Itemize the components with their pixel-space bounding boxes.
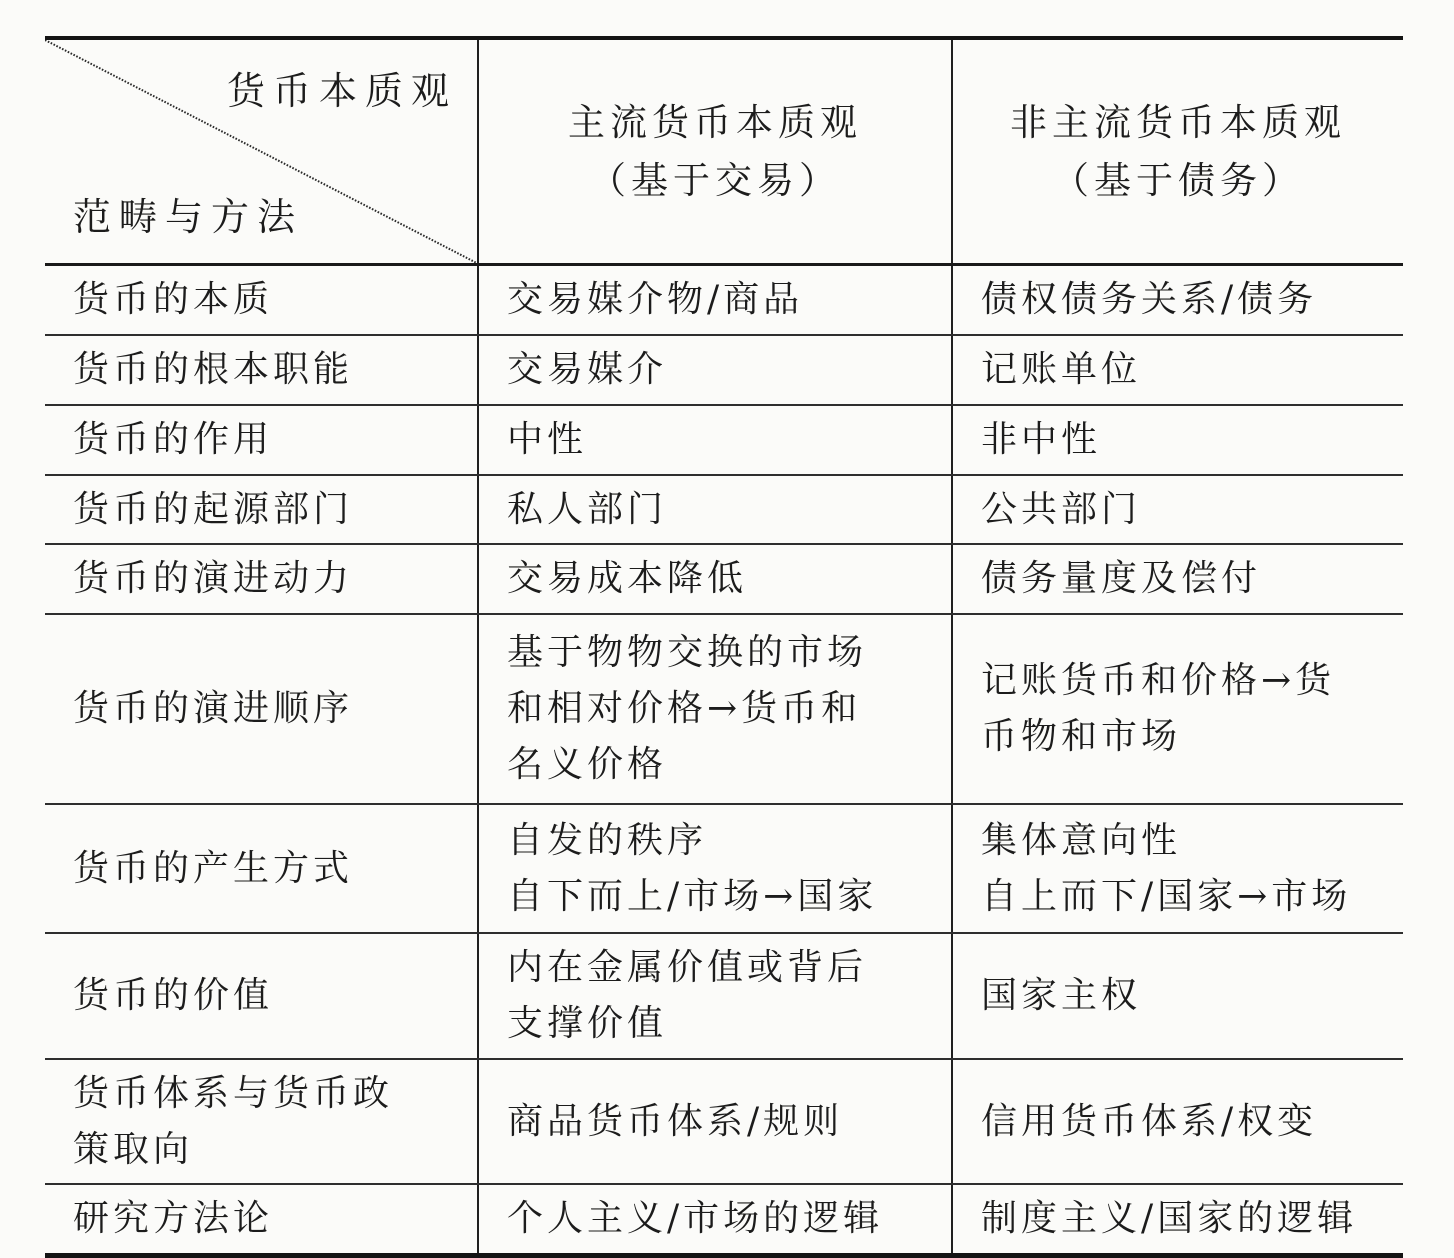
row-label-cell: 货币的本质	[45, 265, 478, 335]
mainstream-cell: 中性	[478, 405, 952, 475]
table-row: 货币的演进动力 交易成本降低 债务量度及偿付	[45, 544, 1403, 614]
mainstream-cell: 交易媒介物/商品	[478, 265, 952, 335]
row-label-cell: 货币的作用	[45, 405, 478, 475]
row-label-cell: 货币的演进动力	[45, 544, 478, 614]
table-row: 货币的价值 内在金属价值或背后 支撑价值 国家主权	[45, 933, 1403, 1059]
non-mainstream-cell: 债务量度及偿付	[952, 544, 1403, 614]
mainstream-cell: 私人部门	[478, 475, 952, 545]
table-row: 货币体系与货币政 策取向 商品货币体系/规则 信用货币体系/权变	[45, 1059, 1403, 1185]
table-row: 货币的演进顺序 基于物物交换的市场 和相对价格→货币和 名义价格 记账货币和价格…	[45, 614, 1403, 804]
row-label-cell: 货币的根本职能	[45, 335, 478, 405]
row-label-cell: 货币体系与货币政 策取向	[45, 1059, 478, 1185]
row-label-cell: 货币的起源部门	[45, 475, 478, 545]
table-row: 货币的产生方式 自发的秩序 自下而上/市场→国家 集体意向性 自上而下/国家→市…	[45, 804, 1403, 933]
column-header-mainstream: 主流货币本质观 （基于交易）	[478, 38, 952, 265]
non-mainstream-cell: 公共部门	[952, 475, 1403, 545]
table-row: 货币的本质 交易媒介物/商品 债权债务关系/债务	[45, 265, 1403, 335]
non-mainstream-cell: 记账单位	[952, 335, 1403, 405]
corner-top-label: 货币本质观	[227, 62, 457, 121]
mainstream-cell: 商品货币体系/规则	[478, 1059, 952, 1185]
mainstream-cell: 交易媒介	[478, 335, 952, 405]
table-row: 研究方法论 个人主义/市场的逻辑 制度主义/国家的逻辑	[45, 1184, 1403, 1255]
non-mainstream-cell: 国家主权	[952, 933, 1403, 1059]
table-row: 货币的起源部门 私人部门 公共部门	[45, 475, 1403, 545]
non-mainstream-cell: 制度主义/国家的逻辑	[952, 1184, 1403, 1255]
non-mainstream-cell: 债权债务关系/债务	[952, 265, 1403, 335]
mainstream-cell: 个人主义/市场的逻辑	[478, 1184, 952, 1255]
non-mainstream-cell: 信用货币体系/权变	[952, 1059, 1403, 1185]
corner-header-cell: 货币本质观 范畴与方法	[45, 38, 478, 265]
mainstream-cell: 内在金属价值或背后 支撑价值	[478, 933, 952, 1059]
table-row: 货币的作用 中性 非中性	[45, 405, 1403, 475]
non-mainstream-cell: 记账货币和价格→货 币物和市场	[952, 614, 1403, 804]
table-row: 货币的根本职能 交易媒介 记账单位	[45, 335, 1403, 405]
row-label-cell: 研究方法论	[45, 1184, 478, 1255]
row-label-cell: 货币的演进顺序	[45, 614, 478, 804]
mainstream-cell: 基于物物交换的市场 和相对价格→货币和 名义价格	[478, 614, 952, 804]
column-header-non-mainstream: 非主流货币本质观 （基于债务）	[952, 38, 1403, 265]
row-label-cell: 货币的产生方式	[45, 804, 478, 933]
corner-bottom-label: 范畴与方法	[73, 188, 303, 247]
mainstream-cell: 自发的秩序 自下而上/市场→国家	[478, 804, 952, 933]
mainstream-cell: 交易成本降低	[478, 544, 952, 614]
money-nature-comparison-table: 货币本质观 范畴与方法 主流货币本质观 （基于交易） 非主流货币本质观 （基于债…	[45, 36, 1403, 1258]
non-mainstream-cell: 集体意向性 自上而下/国家→市场	[952, 804, 1403, 933]
row-label-cell: 货币的价值	[45, 933, 478, 1059]
non-mainstream-cell: 非中性	[952, 405, 1403, 475]
header-row: 货币本质观 范畴与方法 主流货币本质观 （基于交易） 非主流货币本质观 （基于债…	[45, 38, 1403, 265]
scanned-page: 货币本质观 范畴与方法 主流货币本质观 （基于交易） 非主流货币本质观 （基于债…	[0, 0, 1454, 1168]
